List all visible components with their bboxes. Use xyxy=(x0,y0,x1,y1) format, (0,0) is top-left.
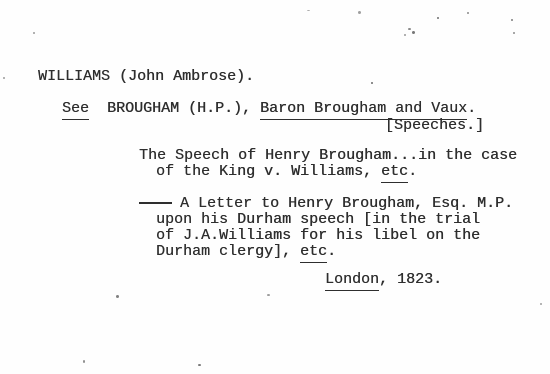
scan-speck xyxy=(198,364,201,366)
repeat-author-dash xyxy=(139,202,172,204)
scan-speck xyxy=(358,11,361,14)
entry2-line1-text: A Letter to Henry Brougham, Esq. M.P. xyxy=(180,195,513,212)
scan-speck xyxy=(3,77,5,79)
scan-speck xyxy=(467,12,469,14)
scan-speck xyxy=(513,32,515,34)
see-reference-plain: BROUGHAM (H.P.), xyxy=(89,100,260,117)
scan-speck xyxy=(540,303,542,305)
heading-author: WILLIAMS (John Ambrose). xyxy=(38,69,254,85)
scan-speck xyxy=(83,360,85,363)
scan-speck xyxy=(267,294,270,296)
imprint-line: London, 1823. xyxy=(325,272,442,288)
entry2-line3: of J.A.Williams for his libel on the xyxy=(156,228,480,244)
see-reference-period: . xyxy=(467,100,476,117)
speeches-note: [Speeches.] xyxy=(385,118,484,134)
entry2-line2: upon his Durham speech [in the trial xyxy=(156,212,480,228)
scan-speck xyxy=(404,34,406,36)
entry2-line4-text: Durham clergy], xyxy=(156,243,300,260)
entry1-line1: The Speech of Henry Brougham...in the ca… xyxy=(139,148,517,164)
entry1-line2: of the King v. Williams, etc. xyxy=(156,164,417,180)
scan-speck xyxy=(307,10,310,11)
entry2-line1: A Letter to Henry Brougham, Esq. M.P. xyxy=(139,196,513,212)
scan-speck xyxy=(511,19,513,21)
scan-speck xyxy=(408,28,411,30)
see-label: See xyxy=(62,100,89,120)
scan-speck xyxy=(116,295,119,298)
scan-speck xyxy=(412,31,415,34)
scan-speck xyxy=(33,32,35,34)
entry1-etc: etc xyxy=(381,163,408,183)
entry2-etc-period: . xyxy=(327,243,336,260)
imprint-year: , 1823. xyxy=(379,271,442,288)
scan-speck xyxy=(371,82,373,84)
catalog-card: WILLIAMS (John Ambrose). See BROUGHAM (H… xyxy=(0,0,550,374)
entry1-line2-text: of the King v. Williams, xyxy=(156,163,381,180)
scan-speck xyxy=(437,17,439,19)
entry2-line4: Durham clergy], etc. xyxy=(156,244,336,260)
see-reference-line: See BROUGHAM (H.P.), Baron Brougham and … xyxy=(62,101,476,117)
entry2-etc: etc xyxy=(300,243,327,263)
imprint-place: London xyxy=(325,271,379,291)
entry1-etc-period: . xyxy=(408,163,417,180)
